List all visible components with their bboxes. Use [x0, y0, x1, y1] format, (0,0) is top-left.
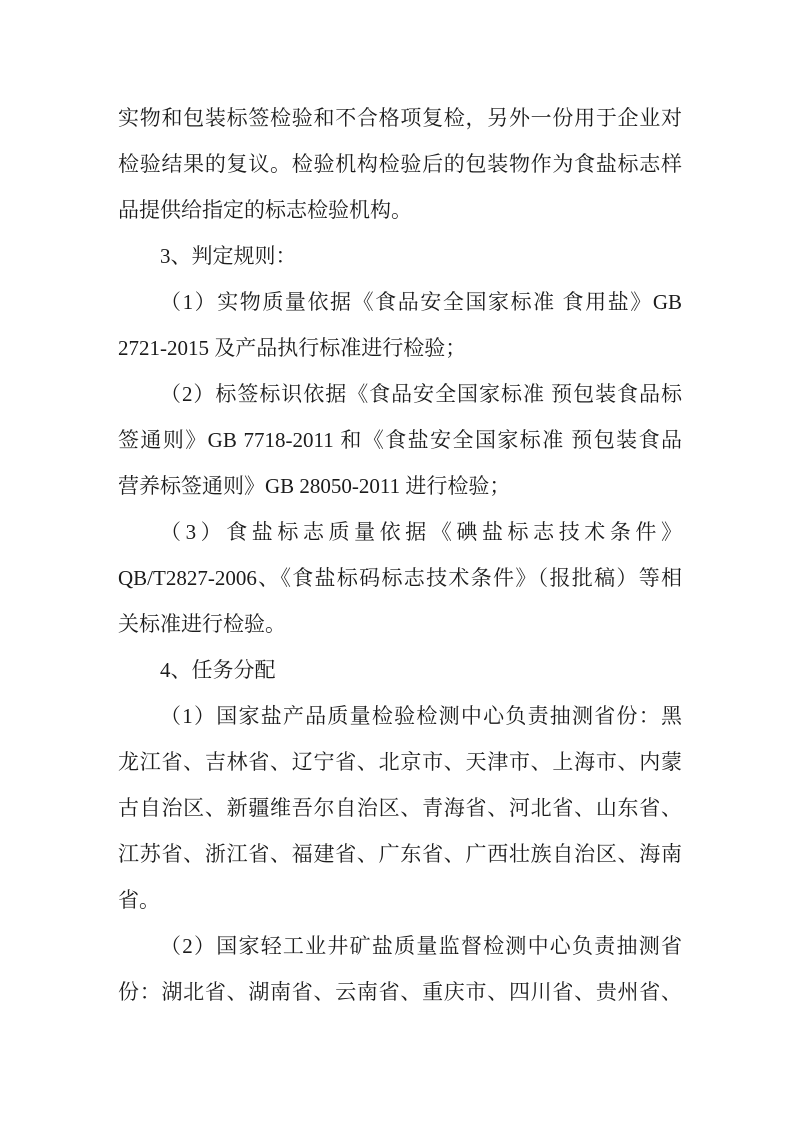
text-line: 关标准进行检验。 — [118, 601, 682, 647]
document-page: 实物和包装标签检验和不合格项复检，另外一份用于企业对 检验结果的复议。检验机构检… — [0, 0, 800, 1131]
text-line: 检验结果的复议。检验机构检验后的包装物作为食盐标志样 — [118, 141, 682, 187]
text-line: （2）国家轻工业井矿盐质量监督检测中心负责抽测省 — [118, 923, 682, 969]
paragraph-task-2: （2）国家轻工业井矿盐质量监督检测中心负责抽测省 份：湖北省、湖南省、云南省、重… — [118, 923, 682, 1015]
document-body: 实物和包装标签检验和不合格项复检，另外一份用于企业对 检验结果的复议。检验机构检… — [118, 95, 682, 1015]
heading-task-allocation: 4、任务分配 — [118, 647, 682, 693]
paragraph-task-1: （1）国家盐产品质量检验检测中心负责抽测省份：黑 龙江省、吉林省、辽宁省、北京市… — [118, 693, 682, 923]
section-heading: 4、任务分配 — [118, 647, 682, 693]
text-line: 省。 — [118, 877, 682, 923]
text-line: 江苏省、浙江省、福建省、广东省、广西壮族自治区、海南 — [118, 831, 682, 877]
text-line: 营养标签通则》GB 28050-2011 进行检验； — [118, 463, 682, 509]
text-line: （2）标签标识依据《食品安全国家标准 预包装食品标 — [118, 371, 682, 417]
text-line: QB/T2827-2006、《食盐标码标志技术条件》（报批稿）等相 — [118, 555, 682, 601]
text-line: （1）国家盐产品质量检验检测中心负责抽测省份：黑 — [118, 693, 682, 739]
paragraph-rule-1: （1）实物质量依据《食品安全国家标准 食用盐》GB 2721-2015 及产品执… — [118, 279, 682, 371]
text-line: 实物和包装标签检验和不合格项复检，另外一份用于企业对 — [118, 95, 682, 141]
text-line: 品提供给指定的标志检验机构。 — [118, 187, 682, 233]
text-line: （3）食盐标志质量依据《碘盐标志技术条件》 — [118, 509, 682, 555]
text-line: 古自治区、新疆维吾尔自治区、青海省、河北省、山东省、 — [118, 785, 682, 831]
text-line: 2721-2015 及产品执行标准进行检验； — [118, 325, 682, 371]
text-line: （1）实物质量依据《食品安全国家标准 食用盐》GB — [118, 279, 682, 325]
text-line: 龙江省、吉林省、辽宁省、北京市、天津市、上海市、内蒙 — [118, 739, 682, 785]
paragraph-rule-2: （2）标签标识依据《食品安全国家标准 预包装食品标 签通则》GB 7718-20… — [118, 371, 682, 509]
paragraph-rule-3: （3）食盐标志质量依据《碘盐标志技术条件》 QB/T2827-2006、《食盐标… — [118, 509, 682, 647]
text-line: 签通则》GB 7718-2011 和《食盐安全国家标准 预包装食品 — [118, 417, 682, 463]
paragraph-continuation: 实物和包装标签检验和不合格项复检，另外一份用于企业对 检验结果的复议。检验机构检… — [118, 95, 682, 233]
text-line: 份：湖北省、湖南省、云南省、重庆市、四川省、贵州省、 — [118, 969, 682, 1015]
section-heading: 3、判定规则： — [118, 233, 682, 279]
heading-judgment-rules: 3、判定规则： — [118, 233, 682, 279]
